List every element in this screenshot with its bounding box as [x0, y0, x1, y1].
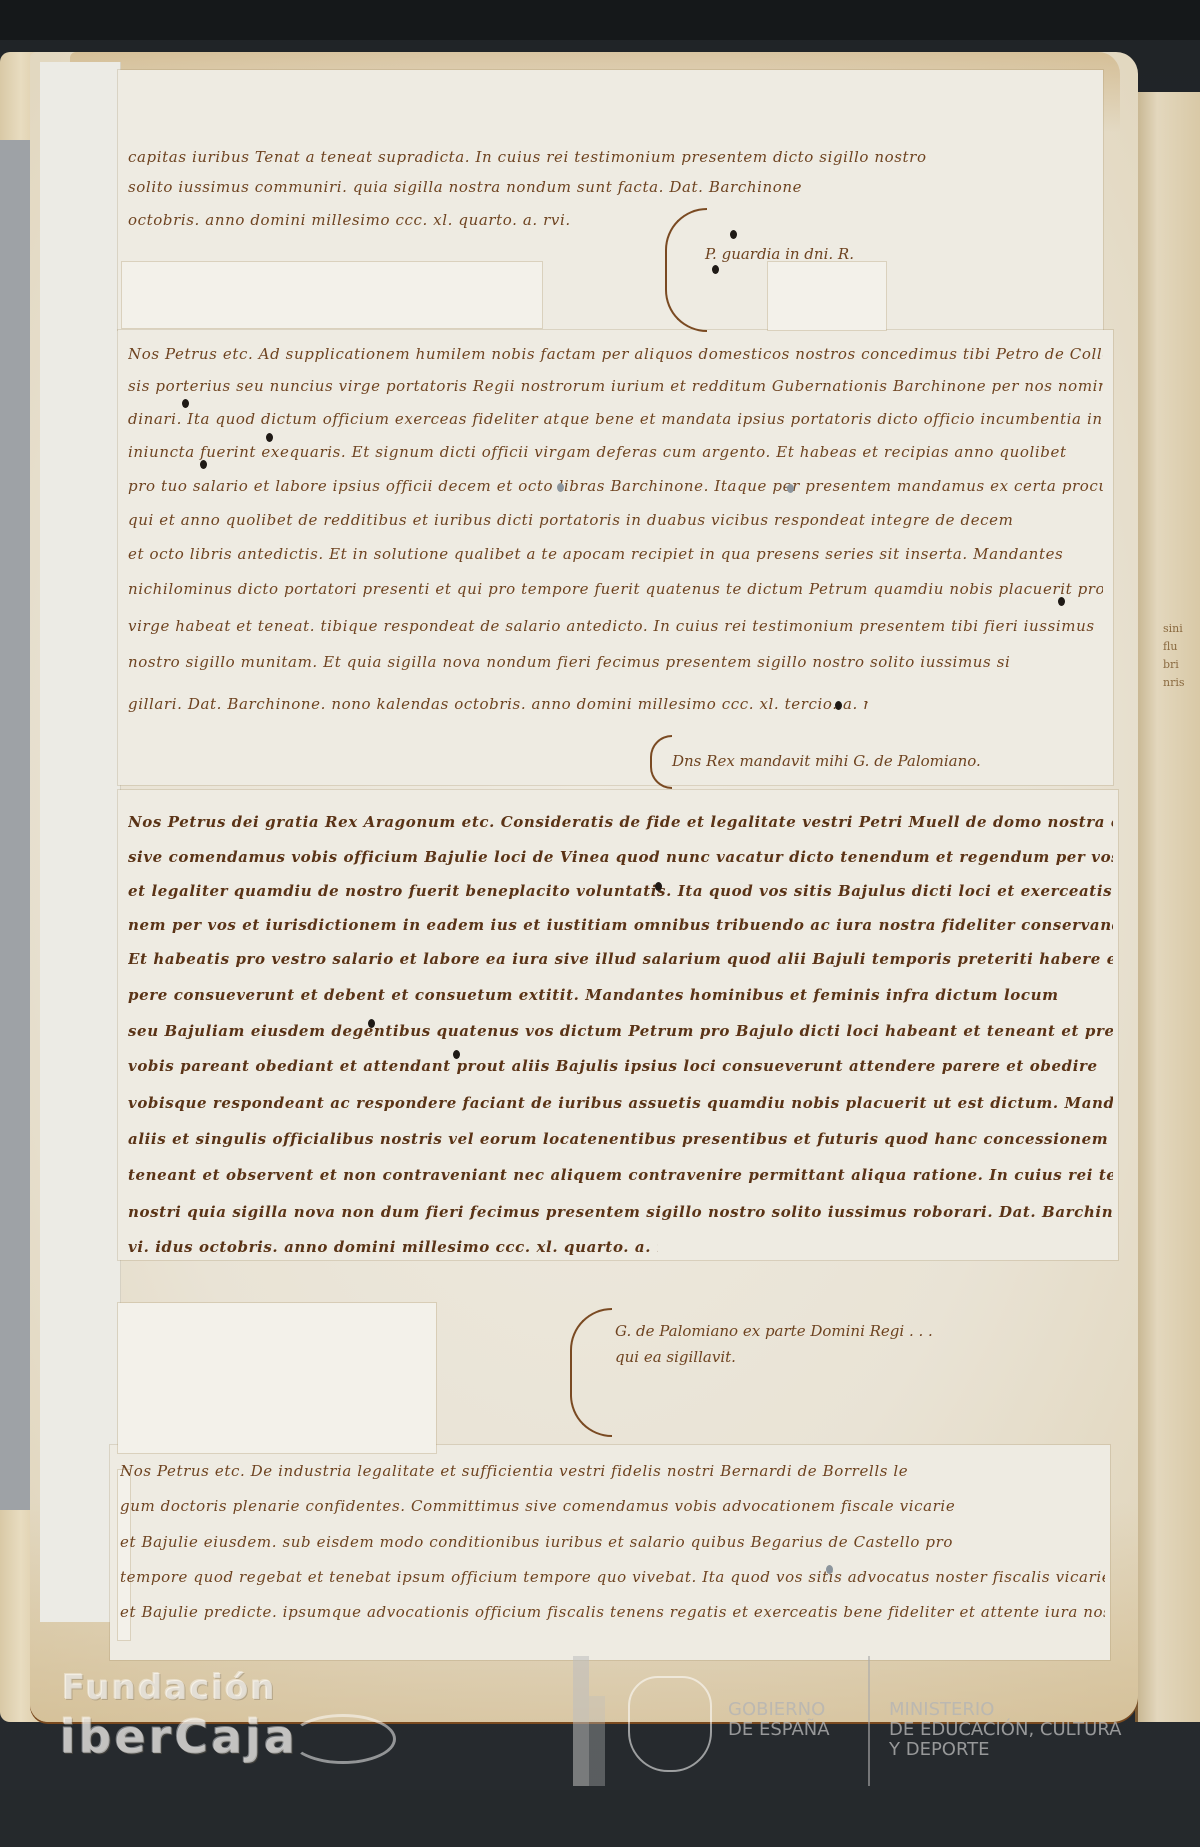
signature-flourish — [665, 208, 707, 332]
ink-blot — [730, 230, 737, 239]
fundacion-ibercaja-logo-wordmark: iberCaja — [60, 1710, 298, 1764]
blank-repair-patch — [122, 262, 542, 328]
manuscript-line: vobisque respondeant ac respondere facia… — [128, 1094, 1113, 1112]
fundacion-ibercaja-logo-text: Fundación — [62, 1668, 277, 1708]
manuscript-line: vi. idus octobris. anno domini millesimo… — [128, 1238, 658, 1256]
gobierno-de-espana-label: GOBIERNO DE ESPAÑA — [728, 1700, 830, 1740]
ink-blot — [835, 701, 842, 710]
registrar-signature: G. de Palomiano ex parte Domini Regi . .… — [615, 1322, 933, 1340]
ink-blot — [453, 1050, 460, 1059]
logo-divider — [868, 1656, 870, 1786]
manuscript-line: pro tuo salario et labore ipsius officii… — [128, 477, 1103, 495]
manuscript-line: solito iussimus communiri. quia sigilla … — [128, 178, 1088, 196]
gobierno-flag-bar-icon — [589, 1696, 605, 1786]
blank-repair-patch — [768, 262, 886, 330]
ink-blot — [712, 265, 719, 274]
grey-spot — [787, 484, 794, 493]
manuscript-line: Nos Petrus etc. De industria legalitate … — [120, 1462, 1105, 1480]
scanner-top-edge — [0, 0, 1200, 40]
manuscript-line: octobris. anno domini millesimo ccc. xl.… — [128, 211, 648, 229]
manuscript-line: nem per vos et iurisdictionem in eadem i… — [128, 916, 1113, 934]
manuscript-line: nostro sigillo munitam. Et quia sigilla … — [128, 653, 1103, 671]
grey-spot — [826, 1565, 833, 1574]
ink-blot — [655, 882, 662, 891]
signature-flourish — [570, 1308, 612, 1437]
ibercaja-swirl-icon — [290, 1714, 396, 1764]
scanner-bottom-edge — [0, 1790, 1200, 1847]
manuscript-line: virge habeat et teneat. tibique responde… — [128, 617, 1103, 635]
manuscript-line: tempore quod regebat et tenebat ipsum of… — [120, 1568, 1105, 1586]
ink-blot — [182, 399, 189, 408]
ink-blot — [368, 1019, 375, 1028]
ink-blot — [266, 433, 273, 442]
manuscript-line: gillari. Dat. Barchinone. nono kalendas … — [128, 695, 868, 713]
manuscript-line: teneant et observent et non contravenian… — [128, 1166, 1113, 1184]
manuscript-line: Nos Petrus etc. Ad supplicationem humile… — [128, 345, 1103, 363]
ink-blot — [200, 460, 207, 469]
manuscript-line: et Bajulie eiusdem. sub eisdem modo cond… — [120, 1533, 1105, 1551]
adjacent-page — [1135, 92, 1200, 1722]
ink-blot — [1058, 597, 1065, 606]
manuscript-line: nichilominus dicto portatori presenti et… — [128, 580, 1103, 598]
manuscript-line: Et habeatis pro vestro salario et labore… — [128, 950, 1113, 968]
manuscript-line: qui et anno quolibet de redditibus et iu… — [128, 511, 1103, 529]
manuscript-line: et legaliter quamdiu de nostro fuerit be… — [128, 882, 1113, 900]
registrar-signature: Dns Rex mandavit mihi G. de Palomiano. — [672, 752, 981, 770]
registrar-signature: qui ea sigillavit. — [615, 1348, 736, 1366]
manuscript-line: Nos Petrus dei gratia Rex Aragonum etc. … — [128, 813, 1113, 831]
paper-guard-strip — [40, 62, 121, 1622]
manuscript-line: vobis pareant obediant et attendant prou… — [128, 1057, 1113, 1075]
manuscript-line: capitas iuribus Tenat a teneat supradict… — [128, 148, 1088, 166]
manuscript-line: aliis et singulis officialibus nostris v… — [128, 1130, 1113, 1148]
manuscript-line: et octo libris antedictis. Et in solutio… — [128, 545, 1103, 563]
ministerio-label: MINISTERIO DE EDUCACIÓN, CULTURA Y DEPOR… — [889, 1700, 1121, 1760]
gobierno-flag-bar-icon — [573, 1656, 589, 1786]
adjacent-page-marginalia: sini flu bri nris — [1163, 620, 1200, 692]
manuscript-line: dinari. Ita quod dictum officium exercea… — [128, 410, 1103, 428]
grey-spot — [557, 483, 564, 492]
manuscript-line: et Bajulie predicte. ipsumque advocation… — [120, 1603, 1105, 1621]
manuscript-line: sis porterius seu nuncius virge portator… — [128, 377, 1103, 395]
manuscript-line: nostri quia sigilla nova non dum fieri f… — [128, 1203, 1113, 1221]
blank-repair-patch — [118, 1303, 436, 1453]
spanish-coat-of-arms-icon — [628, 1676, 712, 1772]
manuscript-line: sive comendamus vobis officium Bajulie l… — [128, 848, 1113, 866]
registrar-signature: P. guardia in dni. R. — [705, 245, 854, 263]
manuscript-line: gum doctoris plenarie confidentes. Commi… — [120, 1497, 1105, 1515]
manuscript-line: iniuncta fuerint exequaris. Et signum di… — [128, 443, 1103, 461]
manuscript-line: pere consueverunt et debent et consuetum… — [128, 986, 1113, 1004]
manuscript-line: seu Bajuliam eiusdem degentibus quatenus… — [128, 1022, 1113, 1040]
